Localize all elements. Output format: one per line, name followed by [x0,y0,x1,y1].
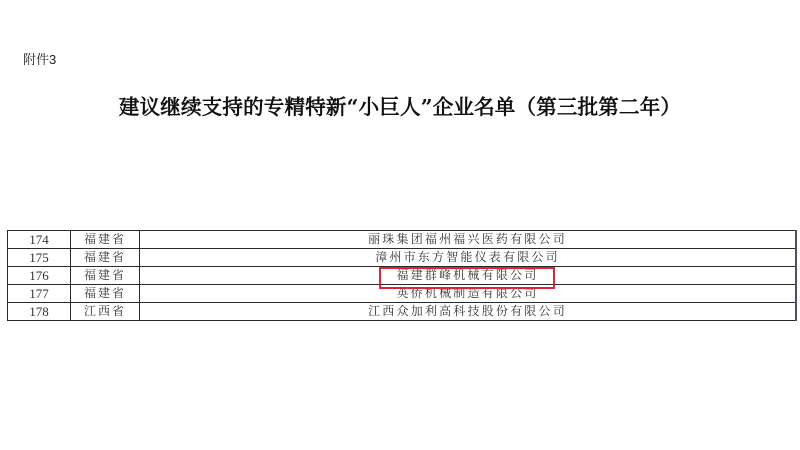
row-province: 福建省 [71,249,140,267]
table-row: 178 江西省 江西众加利高科技股份有限公司 [8,303,797,321]
row-company: 江西众加利高科技股份有限公司 [140,303,797,321]
attachment-label: 附件3 [23,49,56,68]
row-province: 福建省 [71,267,140,285]
row-number: 174 [8,231,71,249]
row-company: 丽珠集团福州福兴医药有限公司 [140,231,797,249]
row-number: 177 [8,285,71,303]
row-province: 福建省 [71,231,140,249]
row-province: 福建省 [71,285,140,303]
document-title: 建议继续支持的专精特新“小巨人”企业名单（第三批第二年） [0,90,800,120]
row-number: 176 [8,267,71,285]
table-row: 174 福建省 丽珠集团福州福兴医药有限公司 [8,231,797,249]
highlight-box [379,267,555,289]
row-number: 178 [8,303,71,321]
row-number: 175 [8,249,71,267]
table-row: 175 福建省 漳州市东方智能仪表有限公司 [8,249,797,267]
row-province: 江西省 [71,303,140,321]
row-company: 漳州市东方智能仪表有限公司 [140,249,797,267]
